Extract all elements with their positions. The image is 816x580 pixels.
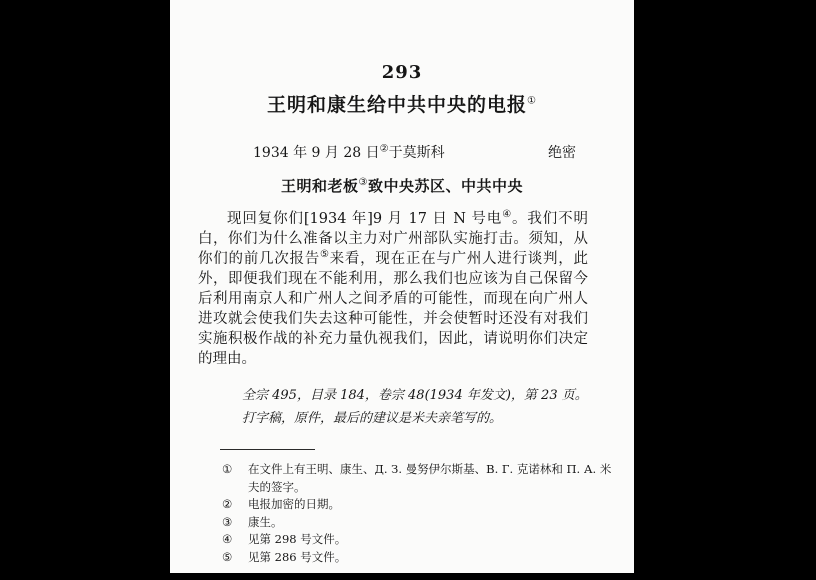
archive-citation-line: 全宗 495，目录 184，卷宗 48(1934 年发文)，第 23 页。 [242,384,594,407]
footnote-item: ③ 康生。 [170,514,634,532]
footnote-item: ⑤ 见第 286 号文件。 [170,549,634,567]
salutation-footnote-ref: ③ [359,177,368,188]
document-number: 293 [170,0,634,83]
footnote-text: 在文件上有王明、康生、Д. З. 曼努伊尔斯基、В. Г. 克诺林和 П. А.… [248,461,634,496]
place-text: 于莫斯科 [389,145,445,161]
footnote-text: 见第 298 号文件。 [248,531,634,549]
footnotes-section: ① 在文件上有王明、康生、Д. З. 曼努伊尔斯基、В. Г. 克诺林和 П. … [170,449,634,566]
title-footnote-ref: ① [527,96,537,107]
date-text: 1934 年 9 月 28 日 [253,145,380,161]
footnote-marker: ② [222,496,248,514]
source-note-line: 打字稿，原件，最后的建议是米夫亲笔写的。 [242,407,594,430]
footnote-marker: ⑤ [222,549,248,567]
document-title: 王明和康生给中共中央的电报① [170,90,634,117]
dateline: 1934 年 9 月 28 日②于莫斯科 绝密 [170,142,634,162]
footnote-text: 见第 286 号文件。 [248,549,634,567]
footnote-text: 康生。 [248,514,634,532]
footnote-marker: ④ [222,531,248,549]
footnote-marker: ③ [222,514,248,532]
date-and-place: 1934 年 9 月 28 日②于莫斯科 [253,142,445,162]
salutation-line: 王明和老板③致中央苏区、中共中央 [170,175,634,196]
body-paragraph: 现回复你们[1934 年]9 月 17 日 N 号电④。我们不明白，你们为什么准… [198,209,588,369]
archive-citation-block: 全宗 495，目录 184，卷宗 48(1934 年发文)，第 23 页。 打字… [242,384,594,430]
scan-background: 293 王明和康生给中共中央的电报① 1934 年 9 月 28 日②于莫斯科 … [0,0,816,580]
date-footnote-ref: ② [380,143,389,154]
body-footnote-ref-4: ④ [502,209,512,220]
body-part-1: 现回复你们[1934 年]9 月 17 日 N 号电 [227,211,502,227]
footnote-text: 电报加密的日期。 [248,496,634,514]
footnote-item: ④ 见第 298 号文件。 [170,531,634,549]
footnote-divider [220,449,315,450]
document-title-text: 王明和康生给中共中央的电报 [267,94,527,116]
salutation-after: 致中央苏区、中共中央 [368,177,523,195]
footnote-marker: ① [222,461,248,496]
footnote-item: ② 电报加密的日期。 [170,496,634,514]
footnote-item: ① 在文件上有王明、康生、Д. З. 曼努伊尔斯基、В. Г. 克诺林和 П. … [170,461,634,496]
classification-label: 绝密 [548,142,576,162]
salutation-before: 王明和老板 [281,177,359,195]
body-footnote-ref-5: ⑤ [320,249,330,260]
document-page: 293 王明和康生给中共中央的电报① 1934 年 9 月 28 日②于莫斯科 … [170,0,634,573]
body-part-3: 来看，现在正在与广州人进行谈判，此外，即便我们现在不能利用，那么我们也应该为自己… [198,251,588,367]
